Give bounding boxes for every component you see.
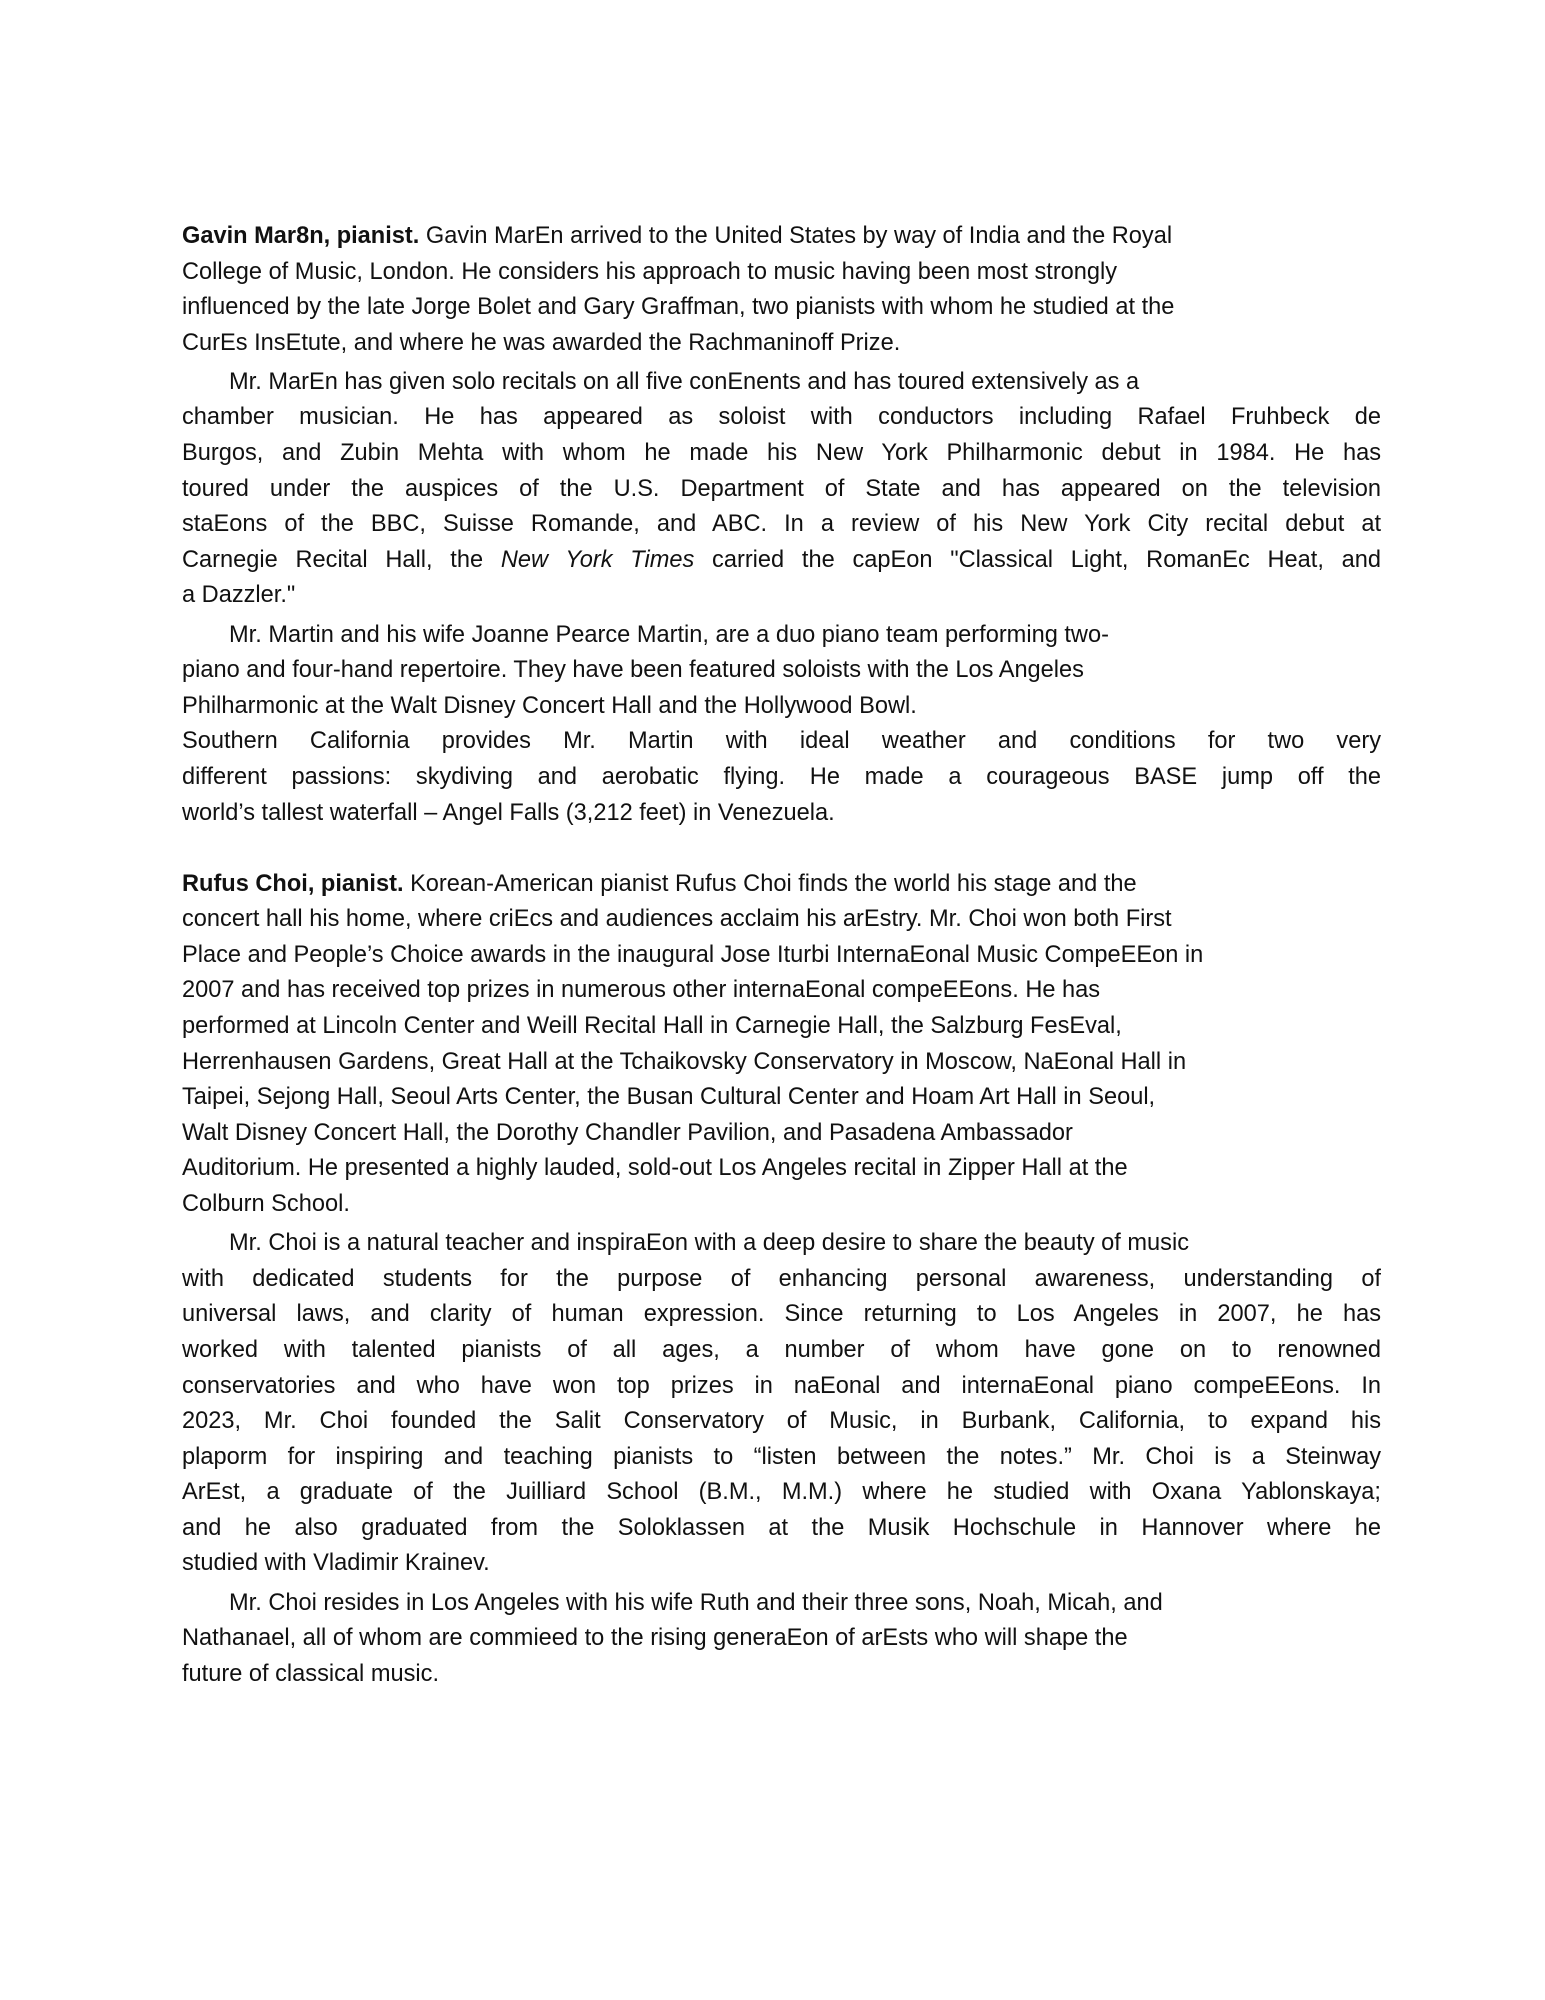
bio-gavin-martin: Gavin Mar8n, pianist. Gavin MarEn arrive… [182, 219, 1381, 831]
text-line: Auditorium. He presented a highly lauded… [182, 1151, 1381, 1187]
document-page: Gavin Mar8n, pianist. Gavin MarEn arrive… [182, 219, 1381, 1692]
text-line: Southern California provides Mr. Martin … [182, 724, 1381, 760]
text-line: a Dazzler." [182, 578, 1381, 614]
text-line: influenced by the late Jorge Bolet and G… [182, 290, 1381, 326]
text-line: and he also graduated from the Soloklass… [182, 1511, 1381, 1547]
text-line: Gavin Mar8n, pianist. Gavin MarEn arrive… [182, 219, 1381, 255]
text-span: Korean-American pianist Rufus Choi finds… [404, 871, 1137, 897]
bio-paragraph: Gavin Mar8n, pianist. Gavin MarEn arrive… [182, 219, 1381, 361]
bio-paragraph: Rufus Choi, pianist. Korean-American pia… [182, 867, 1381, 1223]
bio-heading: Rufus Choi, pianist. [182, 871, 404, 897]
text-span: Gavin MarEn arrived to the United States… [419, 223, 1172, 249]
text-line: College of Music, London. He considers h… [182, 255, 1381, 291]
text-line: Burgos, and Zubin Mehta with whom he mad… [182, 436, 1381, 472]
text-line: Place and People’s Choice awards in the … [182, 938, 1381, 974]
text-line: Nathanael, all of whom are commieed to t… [182, 1621, 1381, 1657]
text-line: different passions: skydiving and aeroba… [182, 760, 1381, 796]
bio-rufus-choi: Rufus Choi, pianist. Korean-American pia… [182, 867, 1381, 1693]
text-line: world’s tallest waterfall – Angel Falls … [182, 796, 1381, 832]
bio-paragraph: Mr. MarEn has given solo recitals on all… [182, 365, 1381, 614]
text-line: conservatories and who have won top priz… [182, 1369, 1381, 1405]
text-line: CurEs InsEtute, and where he was awarded… [182, 326, 1381, 362]
text-line: chamber musician. He has appeared as sol… [182, 400, 1381, 436]
text-line: Colburn School. [182, 1187, 1381, 1223]
text-line: Walt Disney Concert Hall, the Dorothy Ch… [182, 1116, 1381, 1152]
text-line: 2023, Mr. Choi founded the Salit Conserv… [182, 1404, 1381, 1440]
text-line: performed at Lincoln Center and Weill Re… [182, 1009, 1381, 1045]
text-line: piano and four-hand repertoire. They hav… [182, 653, 1381, 689]
text-line: with dedicated students for the purpose … [182, 1262, 1381, 1298]
text-span: Carnegie Recital Hall, the [182, 547, 501, 573]
bio-paragraph: Mr. Choi is a natural teacher and inspir… [182, 1226, 1381, 1582]
bio-paragraph: Mr. Choi resides in Los Angeles with his… [182, 1586, 1381, 1693]
text-line: worked with talented pianists of all age… [182, 1333, 1381, 1369]
text-line: studied with Vladimir Krainev. [182, 1546, 1381, 1582]
text-line: universal laws, and clarity of human exp… [182, 1297, 1381, 1333]
bio-heading: Gavin Mar8n, pianist. [182, 223, 419, 249]
text-span: carried the capEon "Classical Light, Rom… [694, 547, 1381, 573]
text-line: staEons of the BBC, Suisse Romande, and … [182, 507, 1381, 543]
publication-title: New York Times [501, 547, 694, 573]
text-line: toured under the auspices of the U.S. De… [182, 472, 1381, 508]
text-line: Mr. Choi is a natural teacher and inspir… [182, 1226, 1381, 1262]
text-line: Mr. MarEn has given solo recitals on all… [182, 365, 1381, 401]
text-line: Herrenhausen Gardens, Great Hall at the … [182, 1045, 1381, 1081]
bio-paragraph: Southern California provides Mr. Martin … [182, 724, 1381, 831]
text-line: Mr. Choi resides in Los Angeles with his… [182, 1586, 1381, 1622]
bio-paragraph: Mr. Martin and his wife Joanne Pearce Ma… [182, 618, 1381, 725]
text-line: 2007 and has received top prizes in nume… [182, 973, 1381, 1009]
text-line: Mr. Martin and his wife Joanne Pearce Ma… [182, 618, 1381, 654]
text-line: Carnegie Recital Hall, the New York Time… [182, 543, 1381, 579]
text-line: Philharmonic at the Walt Disney Concert … [182, 689, 1381, 725]
text-line: Taipei, Sejong Hall, Seoul Arts Center, … [182, 1080, 1381, 1116]
text-line: concert hall his home, where criEcs and … [182, 902, 1381, 938]
text-line: ArEst, a graduate of the Juilliard Schoo… [182, 1475, 1381, 1511]
text-line: future of classical music. [182, 1657, 1381, 1693]
text-line: plaporm for inspiring and teaching piani… [182, 1440, 1381, 1476]
text-line: Rufus Choi, pianist. Korean-American pia… [182, 867, 1381, 903]
